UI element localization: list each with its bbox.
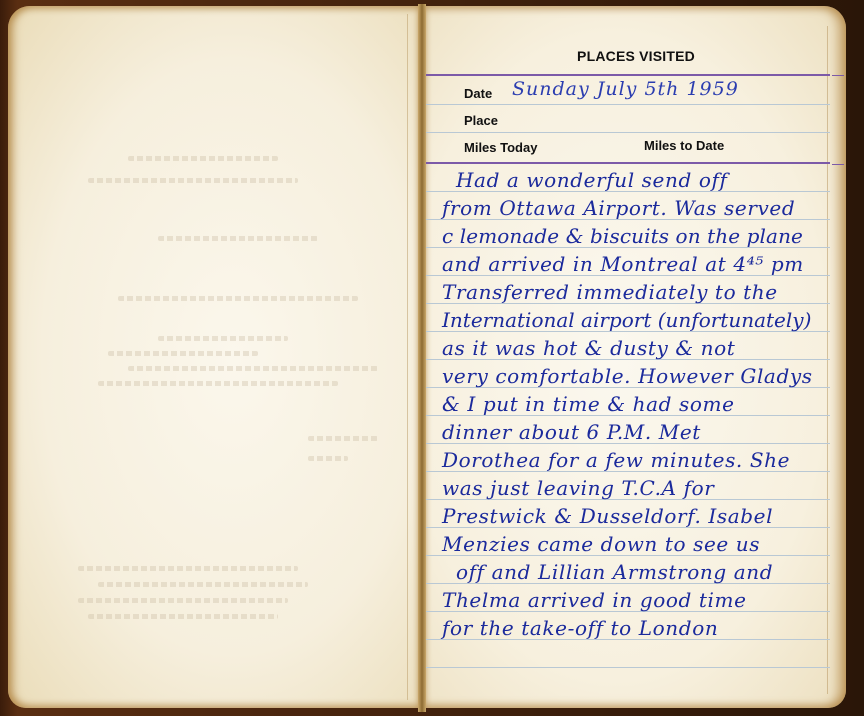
entry-line: was just leaving T.C.A for xyxy=(442,476,714,500)
ruled-line xyxy=(426,667,830,668)
entry-line: from Ottawa Airport. Was served xyxy=(442,196,795,220)
entry-line: as it was hot & dusty & not xyxy=(442,336,735,360)
left-page xyxy=(8,6,418,708)
show-through-text xyxy=(108,351,258,356)
show-through-text xyxy=(78,598,288,603)
fields-rule xyxy=(426,162,830,164)
entry-line: Had a wonderful send off xyxy=(456,168,727,192)
entry-line: Menzies came down to see us xyxy=(442,532,760,556)
entry-line: off and Lillian Armstrong and xyxy=(456,560,773,584)
entry-line: Thelma arrived in good time xyxy=(442,588,747,612)
show-through-text xyxy=(98,381,338,386)
edge-tab-mark xyxy=(832,164,844,165)
show-through-text xyxy=(88,178,298,183)
place-label: Place xyxy=(464,113,498,128)
entry-line: Dorothea for a few minutes. She xyxy=(442,448,790,472)
entry-line: & I put in time & had some xyxy=(442,392,735,416)
show-through-text xyxy=(158,336,288,341)
right-page: PLACES VISITED Date Sunday July 5th 1959… xyxy=(426,6,846,708)
show-through-text xyxy=(88,614,278,619)
page-edge xyxy=(827,26,842,694)
page-title: PLACES VISITED xyxy=(426,48,846,64)
show-through-text xyxy=(128,156,278,161)
entry-line: very comfortable. However Gladys xyxy=(442,364,813,388)
left-page-gutter-line xyxy=(407,14,408,700)
book-spine xyxy=(418,4,426,712)
show-through-text xyxy=(98,582,308,587)
show-through-text xyxy=(128,366,378,371)
entry-line: International airport (unfortunately) xyxy=(442,308,811,332)
miles-today-label: Miles Today xyxy=(464,140,537,155)
entry-line: Prestwick & Dusseldorf. Isabel xyxy=(442,504,773,528)
show-through-text xyxy=(158,236,318,241)
show-through-text xyxy=(308,436,378,441)
entry-line: Transferred immediately to the xyxy=(442,280,778,304)
show-through-text xyxy=(118,296,358,301)
date-label: Date xyxy=(464,86,492,101)
ruled-line xyxy=(426,104,830,105)
show-through-text xyxy=(308,456,348,461)
entry-line: c lemonade & biscuits on the plane xyxy=(442,224,803,248)
entry-line: and arrived in Montreal at 4⁴⁵ pm xyxy=(442,252,804,276)
miles-to-date-label: Miles to Date xyxy=(644,138,724,153)
date-value: Sunday July 5th 1959 xyxy=(512,78,739,100)
header-rule xyxy=(426,74,830,76)
entry-line: for the take-off to London xyxy=(442,616,718,640)
entry-line: dinner about 6 P.M. Met xyxy=(442,420,701,444)
open-diary: PLACES VISITED Date Sunday July 5th 1959… xyxy=(0,0,864,716)
show-through-text xyxy=(78,566,298,571)
edge-tab-mark xyxy=(832,75,844,76)
ruled-line xyxy=(426,132,830,133)
